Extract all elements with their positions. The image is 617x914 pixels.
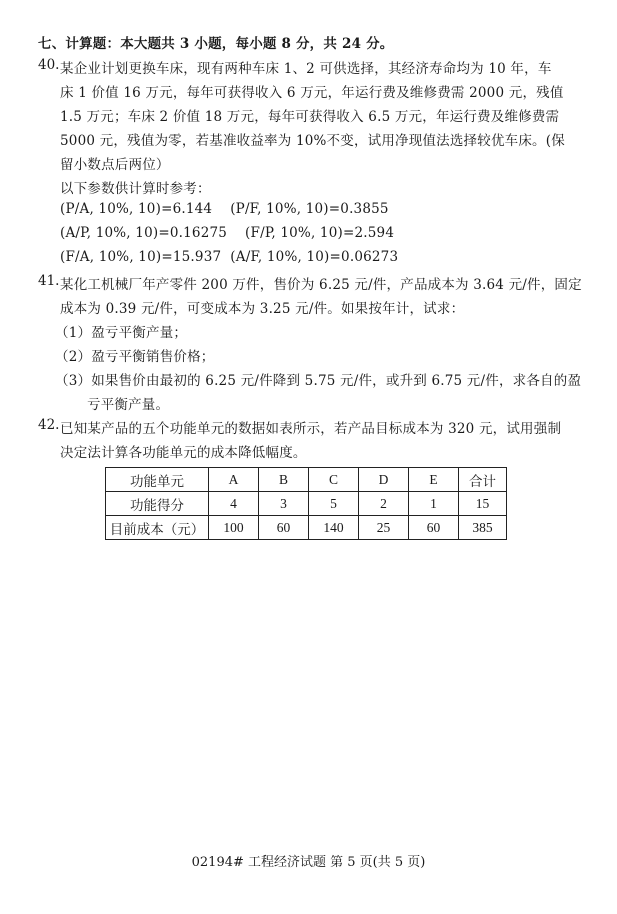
table-cell: 25 xyxy=(359,516,409,540)
table-cell: 4 xyxy=(209,492,259,516)
table-cell: 385 xyxy=(459,516,507,540)
table-cell: 1 xyxy=(409,492,459,516)
table-cell: 合计 xyxy=(459,468,507,492)
q40-text-line: 某企业计划更换车床，现有两种车床 1、2 可供选择，其经济寿命均为 10 年，车 xyxy=(60,57,552,77)
table-cell: A xyxy=(209,468,259,492)
q40-text-line: 1.5 万元；车床 2 价值 18 万元，每年可获得收入 6.5 万元，年运行费… xyxy=(60,105,559,125)
table-cell: B xyxy=(259,468,309,492)
table-row: 功能得分 4 3 5 2 1 15 xyxy=(106,492,507,516)
page-footer: 02194# 工程经济试题 第 5 页(共 5 页) xyxy=(0,851,617,870)
q42-text-line: 决定法计算各功能单元的成本降低幅度。 xyxy=(60,441,307,461)
table-row: 目前成本（元） 100 60 140 25 60 385 xyxy=(106,516,507,540)
q42-number: 42. xyxy=(38,417,59,433)
table-cell: 3 xyxy=(259,492,309,516)
q40-text-line: 留小数点后两位） xyxy=(60,153,170,173)
table-cell: 功能单元 xyxy=(106,468,209,492)
table-cell: 60 xyxy=(409,516,459,540)
table-cell: 15 xyxy=(459,492,507,516)
table-cell: 目前成本（元） xyxy=(106,516,209,540)
function-unit-table: 功能单元 A B C D E 合计 功能得分 4 3 5 2 1 15 目前成本… xyxy=(105,467,507,540)
table-cell: C xyxy=(309,468,359,492)
q41-item-continuation: 亏平衡产量。 xyxy=(87,393,169,413)
q40-param-line: (P/A, 10%, 10)=6.144 (P/F, 10%, 10)=0.38… xyxy=(60,201,389,217)
q40-param-line: (F/A, 10%, 10)=15.937 (A/F, 10%, 10)=0.0… xyxy=(60,249,398,265)
table-cell: 100 xyxy=(209,516,259,540)
table-cell: 2 xyxy=(359,492,409,516)
table-cell: D xyxy=(359,468,409,492)
q40-number: 40. xyxy=(38,57,59,73)
q40-param-line: (A/P, 10%, 10)=0.16275 (F/P, 10%, 10)=2.… xyxy=(60,225,394,241)
table-cell: 60 xyxy=(259,516,309,540)
q40-text-line: 床 1 价值 16 万元，每年可获得收入 6 万元，年运行费及维修费需 2000… xyxy=(60,81,564,101)
q41-text-line: 成本为 0.39 元/件，可变成本为 3.25 元/件。如果按年计，试求： xyxy=(60,297,464,317)
table-row: 功能单元 A B C D E 合计 xyxy=(106,468,507,492)
q41-item: （1）盈亏平衡产量； xyxy=(55,321,187,341)
section-heading: 七、计算题：本大题共 3 小题，每小题 8 分，共 24 分。 xyxy=(38,32,393,52)
q41-item: （3）如果售价由最初的 6.25 元/件降到 5.75 元/件，或升到 6.75… xyxy=(55,369,581,389)
q41-item: （2）盈亏平衡销售价格； xyxy=(55,345,215,365)
q40-ref-intro: 以下参数供计算时参考： xyxy=(60,177,211,197)
table-cell: 5 xyxy=(309,492,359,516)
table-cell: 140 xyxy=(309,516,359,540)
q42-text-line: 已知某产品的五个功能单元的数据如表所示，若产品目标成本为 320 元，试用强制 xyxy=(60,417,561,437)
q41-text-line: 某化工机械厂年产零件 200 万件，售价为 6.25 元/件，产品成本为 3.6… xyxy=(60,273,582,293)
table-cell: 功能得分 xyxy=(106,492,209,516)
q41-number: 41. xyxy=(38,273,59,289)
table-cell: E xyxy=(409,468,459,492)
q40-text-line: 5000 元，残值为零，若基准收益率为 10%不变，试用净现值法选择较优车床。(… xyxy=(60,129,565,149)
